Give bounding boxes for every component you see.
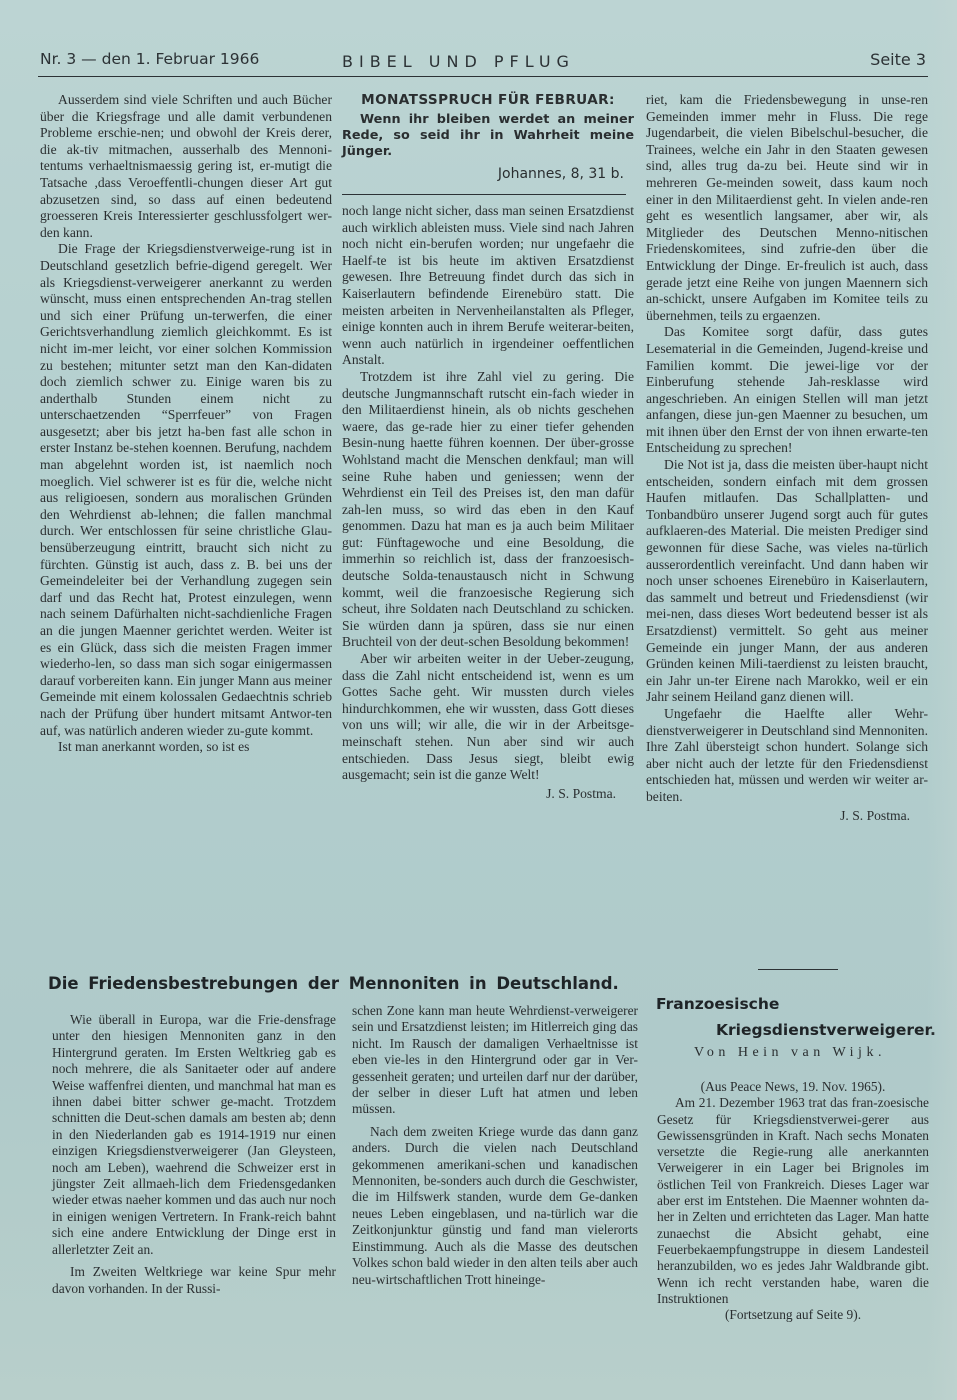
paragraph: Trotzdem ist ihre Zahl viel zu gering. D…: [342, 369, 634, 651]
author-signature: J. S. Postma.: [646, 808, 928, 825]
article3-headline-line1: Franzoesische: [656, 995, 779, 1013]
monthly-verse-reference: Johannes, 8, 31 b.: [342, 166, 634, 182]
paragraph: riet, kam die Friedensbewegung in unse-r…: [646, 92, 928, 324]
divider: [342, 194, 626, 195]
paragraph: noch lange nicht sicher, dass man seinen…: [342, 203, 634, 369]
author-signature: J. S. Postma.: [342, 786, 634, 803]
article1-column-2: noch lange nicht sicher, dass man seinen…: [342, 203, 634, 802]
article2-column-1: Wie überall in Europa, war die Frie-dens…: [52, 1012, 336, 1297]
article3-headline-line2: Kriegsdienstverweigerer.: [716, 1021, 936, 1039]
paragraph: Im Zweiten Weltkriege war keine Spur meh…: [52, 1264, 336, 1297]
divider: [758, 969, 838, 970]
monthly-verse-box: MONATSSPRUCH FÜR FEBRUAR: Wenn ihr bleib…: [342, 92, 634, 182]
paragraph: schen Zone kann man heute Wehrdienst-ver…: [352, 1003, 638, 1118]
paragraph: Die Not ist ja, dass die meisten über-ha…: [646, 457, 928, 706]
paragraph: Ungefaehr die Haelfte aller Wehr-dienstv…: [646, 706, 928, 806]
paragraph: Das Komitee sorgt dafür, dass gutes Lese…: [646, 324, 928, 457]
article1-column-3: riet, kam die Friedensbewegung in unse-r…: [646, 92, 928, 824]
paragraph: Wie überall in Europa, war die Frie-dens…: [52, 1012, 336, 1258]
paragraph: Am 21. Dezember 1963 trat das fran-zoesi…: [657, 1095, 929, 1307]
monthly-verse-title: MONATSSPRUCH FÜR FEBRUAR:: [342, 92, 634, 108]
article3-byline: Von Hein van Wijk.: [640, 1045, 940, 1061]
article2-column-2: schen Zone kann man heute Wehrdienst-ver…: [352, 1003, 638, 1288]
page-edge-shadow: [927, 0, 957, 1400]
publication-title: BIBEL UND PFLUG: [342, 52, 575, 71]
paragraph: Aber wir arbeiten weiter in der Ueber-ze…: [342, 651, 634, 784]
newspaper-page: Nr. 3 — den 1. Februar 1966 BIBEL UND PF…: [0, 0, 957, 1400]
paragraph: Nach dem zweiten Kriege wurde das dann g…: [352, 1124, 638, 1288]
continuation-note: (Fortsetzung auf Seite 9).: [657, 1307, 929, 1323]
monthly-verse-text: Wenn ihr bleiben werdet an meiner Rede, …: [342, 112, 634, 160]
issue-date: Nr. 3 — den 1. Februar 1966: [40, 50, 259, 68]
source-note: (Aus Peace News, 19. Nov. 1965).: [657, 1079, 929, 1095]
paragraph: Die Frage der Kriegsdienstverweige-rung …: [40, 241, 332, 739]
paragraph: Ist man anerkannt worden, so ist es: [40, 739, 332, 756]
paragraph: Ausserdem sind viele Schriften und auch …: [40, 92, 332, 241]
article1-column-1: Ausserdem sind viele Schriften und auch …: [40, 92, 332, 756]
page-number: Seite 3: [870, 50, 926, 69]
article3-body: (Aus Peace News, 19. Nov. 1965). Am 21. …: [657, 1079, 929, 1323]
article2-headline: Die Friedensbestrebungen der Mennoniten …: [48, 974, 638, 993]
page-header: Nr. 3 — den 1. Februar 1966 BIBEL UND PF…: [38, 48, 928, 77]
